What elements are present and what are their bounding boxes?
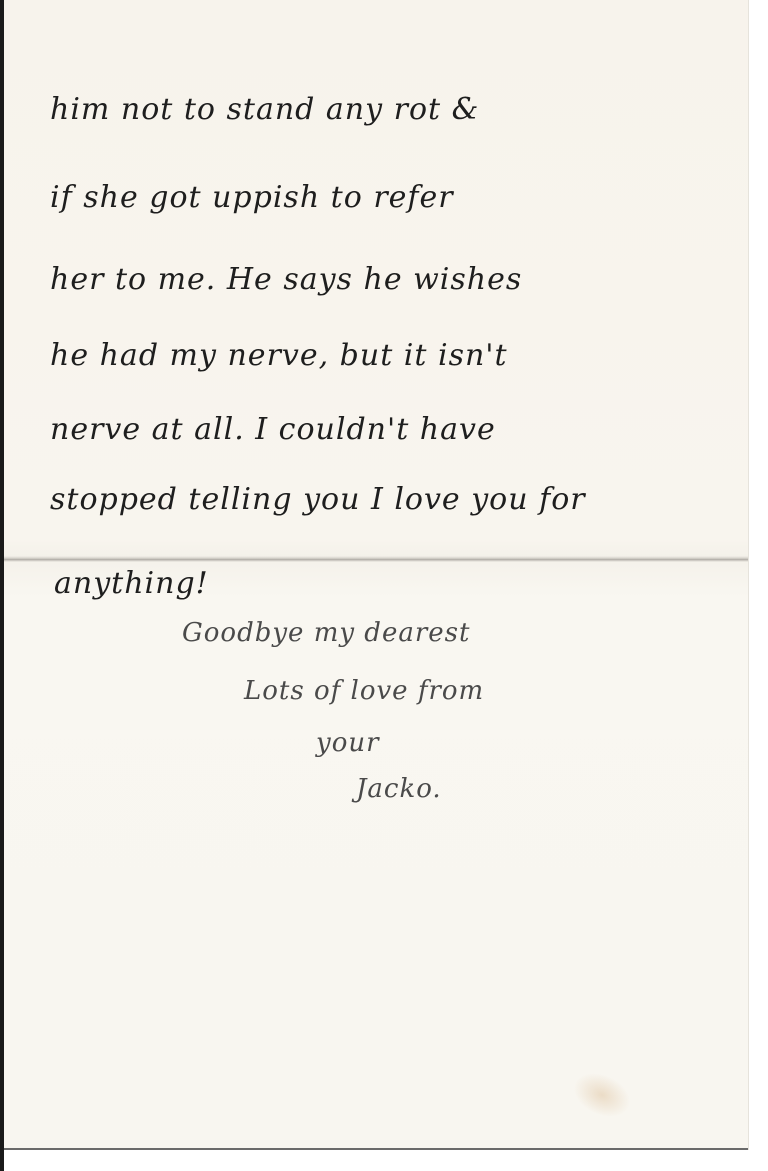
letter-line-5: nerve at all. I couldn't have bbox=[50, 412, 496, 447]
letter-line-2: if she got uppish to refer bbox=[50, 180, 454, 215]
letter-line-6: stopped telling you I love you for bbox=[50, 482, 586, 517]
letter-line-7: anything! bbox=[54, 566, 209, 601]
letter-line-1: him not to stand any rot & bbox=[50, 92, 479, 127]
letter-page: him not to stand any rot & if she got up… bbox=[4, 0, 748, 1150]
paper-stain bbox=[566, 1064, 637, 1126]
closing-goodbye: Goodbye my dearest bbox=[182, 618, 470, 648]
closing-lots-of-love: Lots of love from bbox=[244, 676, 484, 706]
signature: Jacko. bbox=[356, 774, 442, 804]
closing-your: your bbox=[316, 728, 380, 758]
letter-line-4: he had my nerve, but it isn't bbox=[50, 338, 508, 373]
letter-line-3: her to me. He says he wishes bbox=[50, 262, 522, 297]
paper-fold-line bbox=[4, 556, 748, 562]
